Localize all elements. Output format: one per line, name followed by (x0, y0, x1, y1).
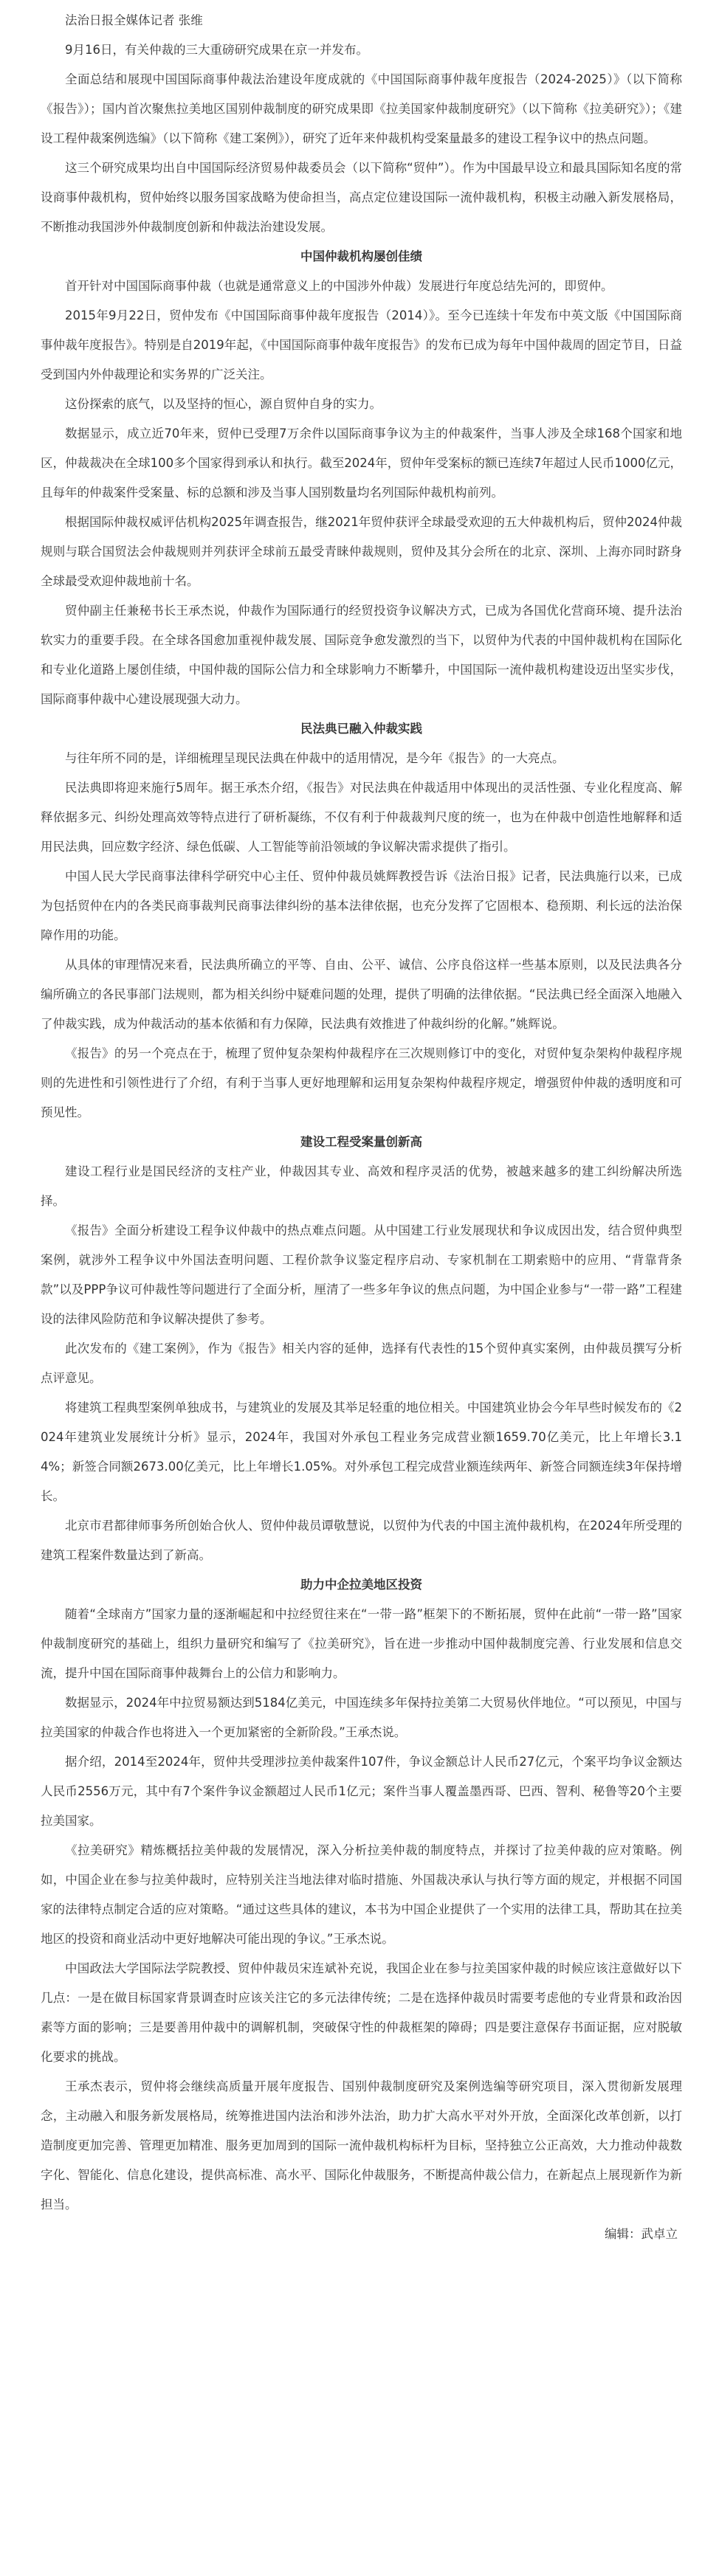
section-civil-code: 民法典已融入仲裁实践 与往年所不同的是，详细梳理呈现民法典在仲裁中的适用情况，是… (41, 714, 682, 1128)
body-paragraph: 随着“全球南方”国家力量的逐渐崛起和中拉经贸往来在“一带一路”框架下的不断拓展，… (41, 1600, 682, 1688)
body-paragraph: 据介绍，2014至2024年，贸仲共受理涉拉美仲裁案件107件，争议金额总计人民… (41, 1747, 682, 1836)
intro-paragraph: 这三个研究成果均出自中国国际经济贸易仲裁委员会（以下简称“贸仲”）。作为中国最早… (41, 153, 682, 242)
body-paragraph: 中国人民大学民商事法律科学研究中心主任、贸仲仲裁员姚辉教授告诉《法治日报》记者，… (41, 862, 682, 950)
section-heading: 建设工程受案量创新高 (41, 1128, 682, 1157)
body-paragraph: 首开针对中国国际商事仲裁（也就是通常意义上的中国涉外仲裁）发展进行年度总结先河的… (41, 272, 682, 301)
body-paragraph: 《报告》的另一个亮点在于，梳理了贸仲复杂架构仲裁程序在三次规则修订中的变化，对贸… (41, 1039, 682, 1128)
body-paragraph: 数据显示，2024年中拉贸易额达到5184亿美元，中国连续多年保持拉美第二大贸易… (41, 1688, 682, 1747)
body-paragraph: 根据国际仲裁权威评估机构2025年调查报告，继2021年贸仲获评全球最受欢迎的五… (41, 508, 682, 596)
editor-credit: 编辑：武卓立 (41, 2220, 682, 2249)
body-paragraph: 与往年所不同的是，详细梳理呈现民法典在仲裁中的适用情况，是今年《报告》的一大亮点… (41, 744, 682, 773)
body-paragraph: 中国政法大学国际法学院教授、贸仲仲裁员宋连斌补充说，我国企业在参与拉美国家仲裁的… (41, 1954, 682, 2072)
body-paragraph: 王承杰表示，贸仲将会继续高质量开展年度报告、国别仲裁制度研究及案例选编等研究项目… (41, 2072, 682, 2220)
body-paragraph: 将建筑工程典型案例单独成书，与建筑业的发展及其举足轻重的地位相关。中国建筑业协会… (41, 1393, 682, 1511)
lead-paragraph: 9月16日，有关仲裁的三大重磅研究成果在京一并发布。 (41, 35, 682, 65)
body-paragraph: 建设工程行业是国民经济的支柱产业，仲裁因其专业、高效和程序灵活的优势，被越来越多… (41, 1157, 682, 1216)
body-paragraph: 贸仲副主任兼秘书长王承杰说，仲裁作为国际通行的经贸投资争议解决方式，已成为各国优… (41, 596, 682, 714)
body-paragraph: 《拉美研究》精炼概括拉美仲裁的发展情况，深入分析拉美仲裁的制度特点，并探讨了拉美… (41, 1836, 682, 1954)
article: 法治日报全媒体记者 张维 9月16日，有关仲裁的三大重磅研究成果在京一并发布。 … (0, 0, 719, 2264)
body-paragraph: 从具体的审理情况来看，民法典所确立的平等、自由、公平、诚信、公序良俗这样一些基本… (41, 950, 682, 1039)
section-arbitration-achievements: 中国仲裁机构屡创佳绩 首开针对中国国际商事仲裁（也就是通常意义上的中国涉外仲裁）… (41, 242, 682, 714)
byline: 法治日报全媒体记者 张维 (41, 6, 682, 35)
body-paragraph: 民法典即将迎来施行5周年。据王承杰介绍，《报告》对民法典在仲裁适用中体现出的灵活… (41, 773, 682, 862)
body-paragraph: 数据显示，成立近70年来，贸仲已受理7万余件以国际商事争议为主的仲裁案件，当事人… (41, 419, 682, 508)
body-paragraph: 2015年9月22日，贸仲发布《中国国际商事仲裁年度报告（2014）》。至今已连… (41, 301, 682, 390)
section-heading: 助力中企拉美地区投资 (41, 1570, 682, 1600)
body-paragraph: 这份探索的底气，以及坚持的恒心，源自贸仲自身的实力。 (41, 390, 682, 419)
body-paragraph: 北京市君都律师事务所创始合伙人、贸仲仲裁员谭敬慧说，以贸仲为代表的中国主流仲裁机… (41, 1511, 682, 1570)
intro-paragraph: 全面总结和展现中国国际商事仲裁法治建设年度成就的《中国国际商事仲裁年度报告（20… (41, 65, 682, 153)
section-construction-cases: 建设工程受案量创新高 建设工程行业是国民经济的支柱产业，仲裁因其专业、高效和程序… (41, 1128, 682, 1570)
section-latin-america: 助力中企拉美地区投资 随着“全球南方”国家力量的逐渐崛起和中拉经贸往来在“一带一… (41, 1570, 682, 2220)
body-paragraph: 《报告》全面分析建设工程争议仲裁中的热点难点问题。从中国建工行业发展现状和争议成… (41, 1216, 682, 1334)
body-paragraph: 此次发布的《建工案例》，作为《报告》相关内容的延伸，选择有代表性的15个贸仲真实… (41, 1334, 682, 1393)
section-heading: 中国仲裁机构屡创佳绩 (41, 242, 682, 272)
section-heading: 民法典已融入仲裁实践 (41, 714, 682, 744)
